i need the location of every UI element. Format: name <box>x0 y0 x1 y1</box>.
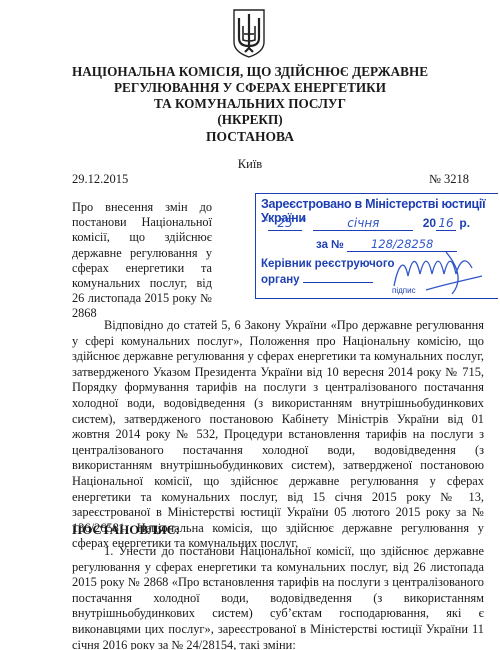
org-name-line-1: НАЦІОНАЛЬНА КОМІСІЯ, ЩО ЗДІЙСНЮЄ ДЕРЖАВН… <box>0 64 500 80</box>
document-type-title: ПОСТАНОВА <box>0 129 500 145</box>
stamp-date-line: “25” січня 2016 р. <box>264 216 492 231</box>
item-1-paragraph: 1. Унести до постанови Національної комі… <box>72 544 484 650</box>
document-date: 29.12.2015 <box>72 172 128 187</box>
stamp-day: 25 <box>268 216 302 231</box>
stamp-head-line-2: органу <box>261 274 373 286</box>
document-subject: Про внесення змін до постанови Національ… <box>72 200 212 322</box>
stamp-year-label: р. <box>459 216 470 230</box>
preamble-paragraph: Відповідно до статей 5, 6 Закону України… <box>72 318 484 552</box>
stamp-year-prefix: 20 <box>423 216 436 230</box>
city: Київ <box>0 157 500 172</box>
stamp-year-suffix: 16 <box>436 216 456 231</box>
stamp-reg-label: за № <box>316 239 344 251</box>
trident-coat-of-arms-icon <box>232 8 266 58</box>
registration-stamp: Зареєстровано в Міністерстві юстиції Укр… <box>255 193 498 299</box>
org-name-line-2: РЕГУЛЮВАННЯ У СФЕРАХ ЕНЕРГЕТИКИ <box>0 80 500 96</box>
document-number: № 3218 <box>429 172 469 187</box>
org-abbreviation: (НКРЕКП) <box>0 112 500 128</box>
org-name-line-3: ТА КОМУНАЛЬНИХ ПОСЛУГ <box>0 96 500 112</box>
stamp-signature-label: підпис <box>392 286 416 295</box>
stamp-head-line-1: Керівник реєструючого <box>261 258 395 270</box>
resolves-heading: ПОСТАНОВЛЯЄ: <box>72 522 180 538</box>
stamp-month: січня <box>313 216 413 231</box>
